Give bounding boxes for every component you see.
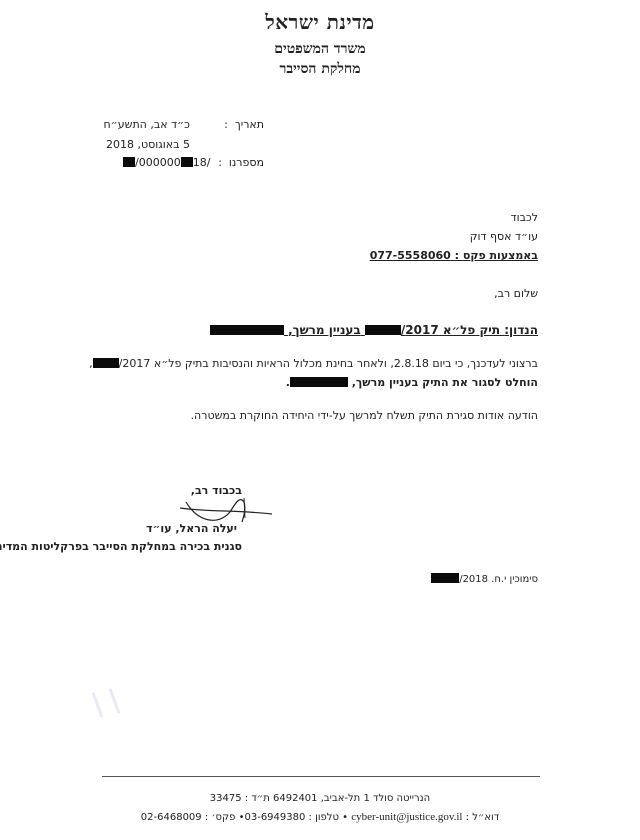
footer-phone: 03-6949380 [244,812,305,823]
scan-artifact [92,692,104,717]
footer-divider [102,776,540,777]
redaction-block [93,358,119,368]
recipient-salutation: לכבוד [511,211,538,224]
letterhead-ministry: משרד המשפטים [0,41,640,58]
scan-artifact [109,688,121,713]
redaction-block [290,377,348,387]
redaction-block [431,573,459,583]
redaction-block [210,325,284,335]
redaction-block [181,157,193,167]
redaction-block [365,325,401,335]
footer-contacts: דוא״ל : cyber-unit@justice.gov.il • טלפו… [0,811,640,823]
reference-label: מספרנו : [218,156,264,169]
footer-email[interactable]: cyber-unit@justice.gov.il [351,811,462,823]
date-hebrew: כ״ד אב, התשע״ח [104,118,191,131]
handwritten-signature [178,492,274,526]
body-paragraph-2: הודעה אודות סגירת התיק תשלח למרשך על-ידי… [191,409,538,422]
letterhead-state: מדינת ישראל [0,10,640,35]
recipient-name: עו״ד אסף דוק [470,230,538,243]
subject-line: הנדון: תיק פל״א 2017/ בעניין מרשך, [210,323,538,337]
date-label: תאריך : [224,118,264,131]
letter-page: מדינת ישראל משרד המשפטים מחלקת הסייבר תא… [0,0,640,840]
greeting: שלום רב, [494,287,538,300]
redaction-block [123,157,135,167]
footer-address: הנרייטה סולד 1 תל-אביב, 6492401 ת״ד : 33… [0,793,640,804]
body-paragraph-1-line-1: ברצוני לעדכנך, כי ביום 2.8.18, ולאחר בחי… [89,357,538,370]
reference-number: /00000018/ [123,156,210,169]
body-paragraph-1-line-2: הוחלט לסגור את התיק בעניין מרשך, . [286,376,538,389]
signatory-title: סגנית בכירה במחלקת הסייבר בפרקליטות המדי… [0,540,242,553]
recipient-fax: באמצעות פקס : 077-5558060 [370,249,538,262]
letterhead-department: מחלקת הסייבר [0,61,640,78]
footer-fax: 02-6468009 [141,812,202,823]
reference-line: סימוכין י.ח. 2018/ [431,573,538,585]
date-gregorian: 5 באוגוסט, 2018 [106,138,190,151]
signatory-name: יעלה הראל, עו״ד [146,522,237,535]
